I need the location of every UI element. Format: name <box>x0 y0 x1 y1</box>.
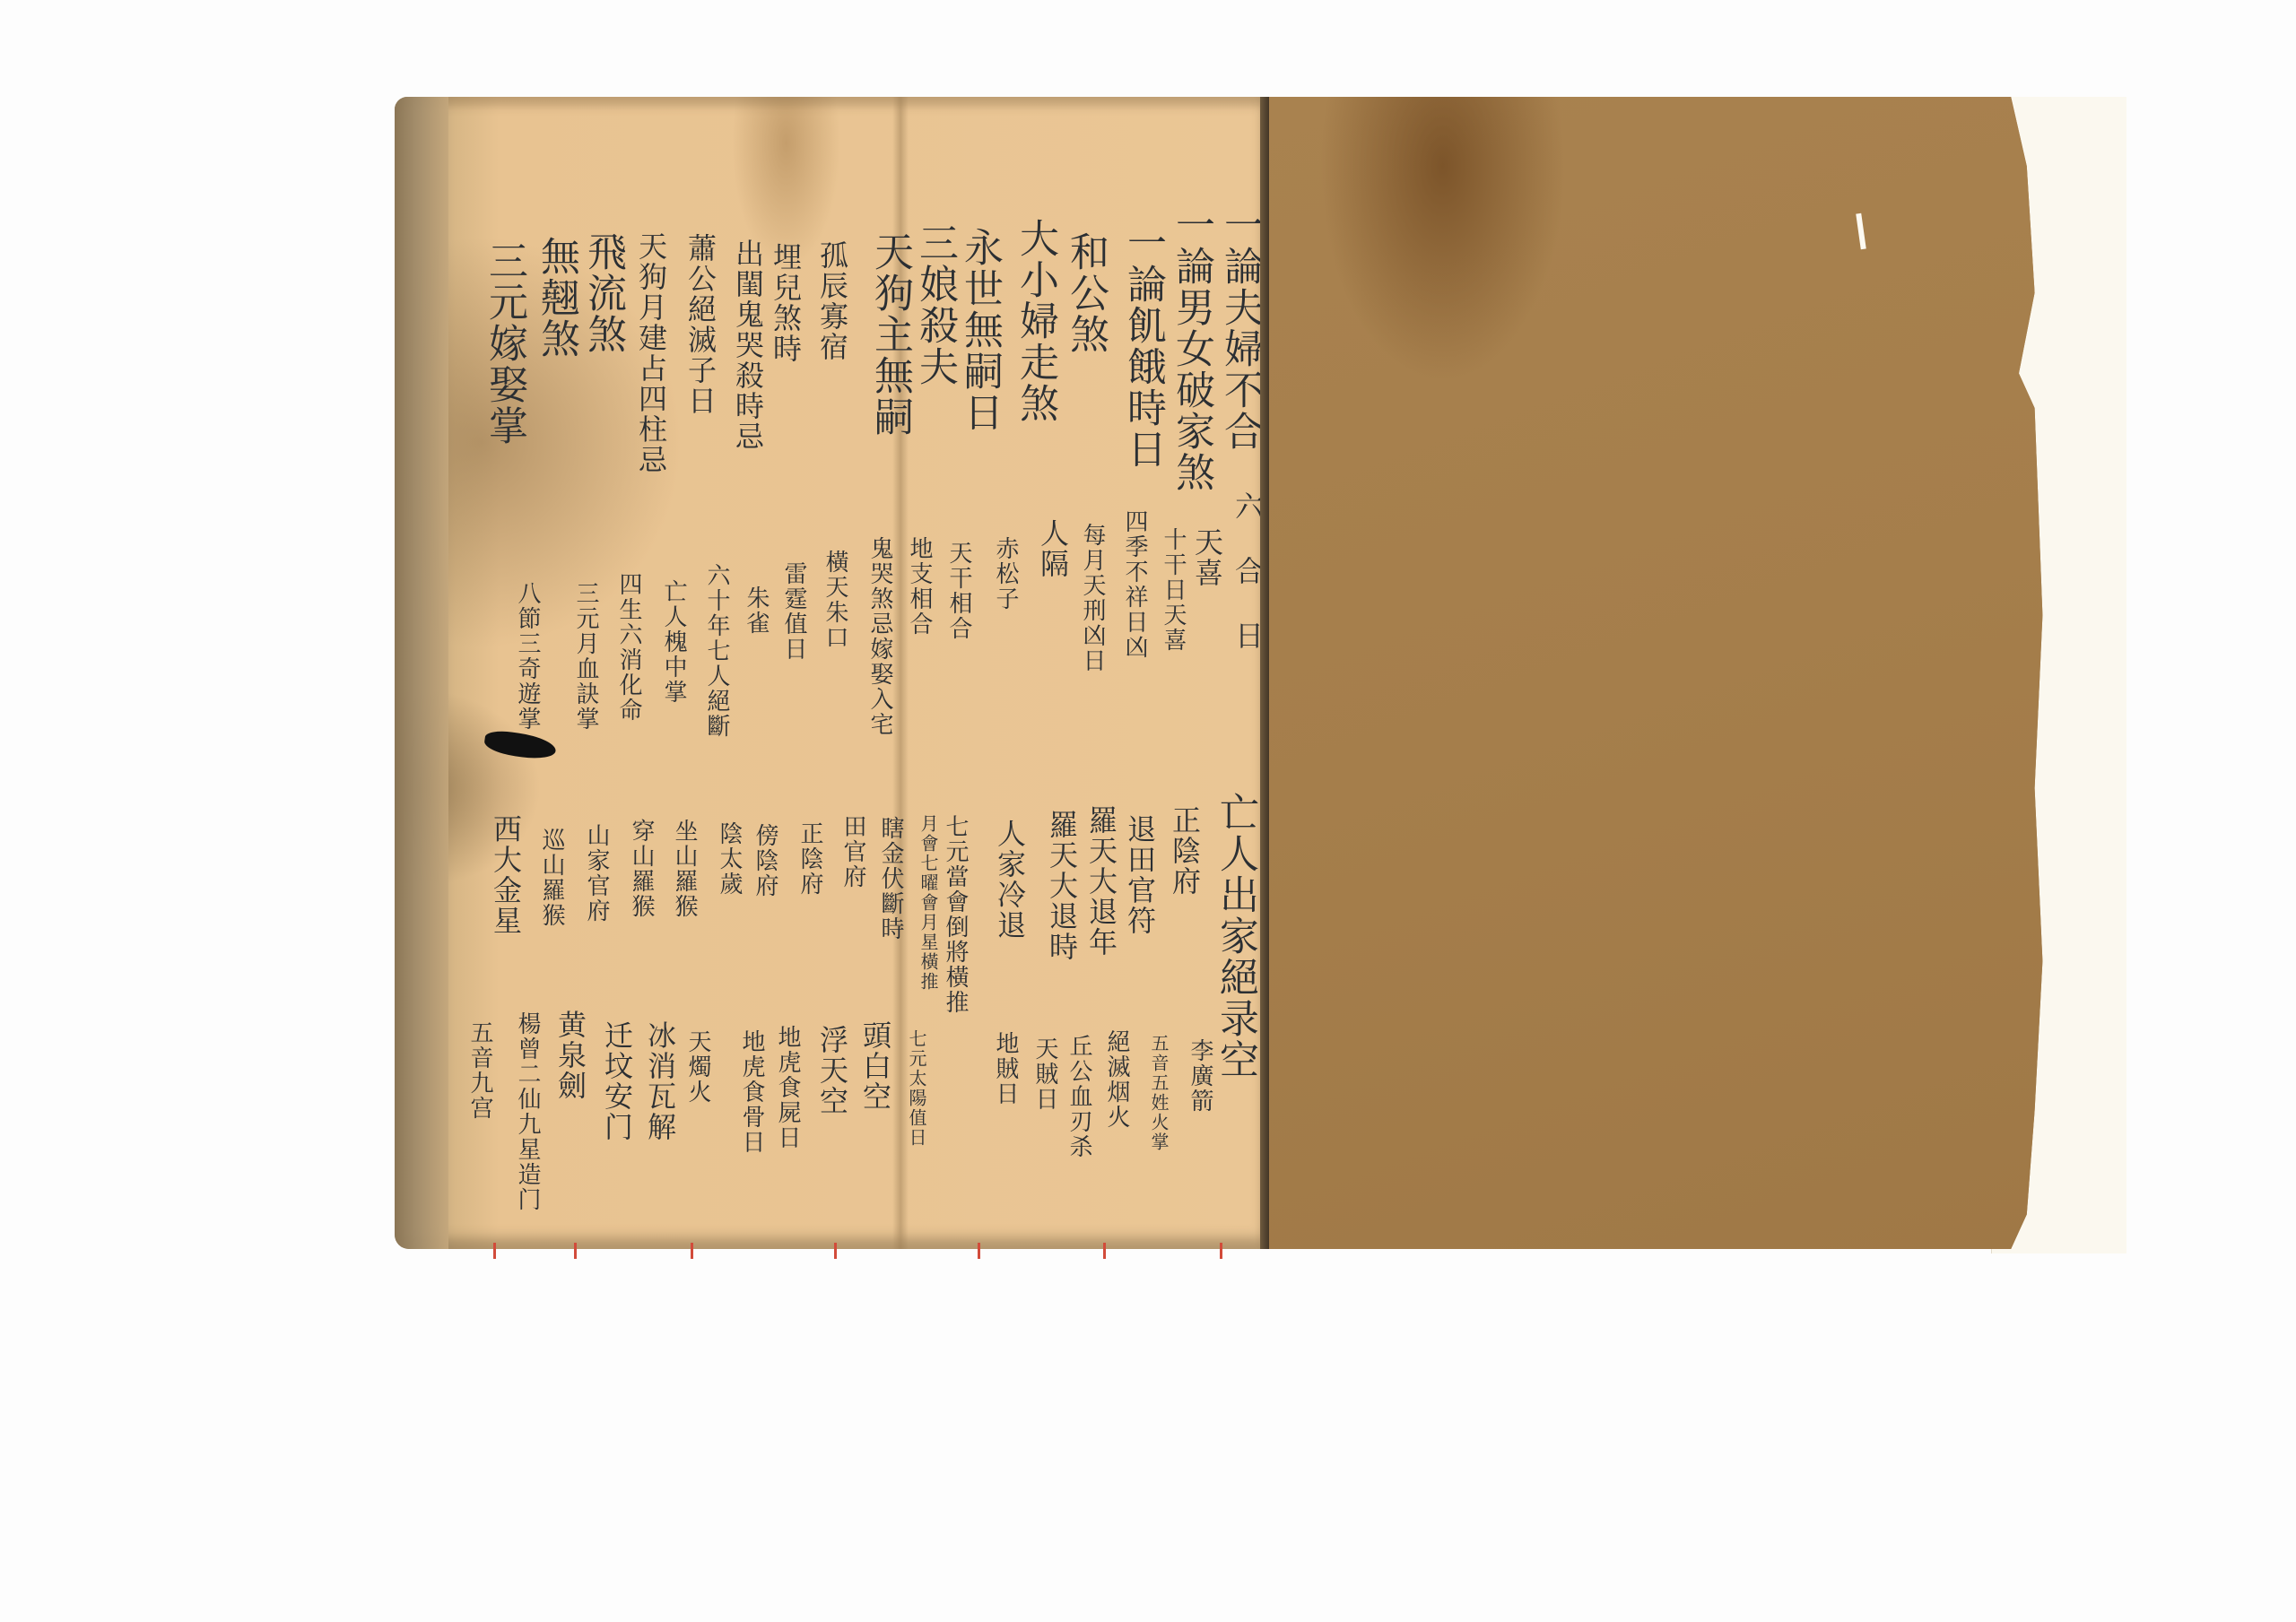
text-column: 黄泉劍 <box>556 1010 585 1101</box>
text-column: 雷霆值日 <box>782 561 805 662</box>
text-column: 巡山羅猴 <box>540 828 563 928</box>
text-column: 三娘殺夫 <box>915 222 954 387</box>
text-column: 四季不祥日凶 <box>1123 509 1146 660</box>
text-column: 亡人槐中掌 <box>662 579 685 705</box>
left-page: 一論夫婦不合 一論男女破家煞 一論飢餓時日 和公煞 大小婦走煞 永世無嗣日 三娘… <box>395 97 1265 1249</box>
text-column: 五音九宫 <box>468 1020 491 1121</box>
text-column: 羅天大退年 <box>1087 805 1116 958</box>
text-column: 穿山羅猴 <box>630 819 653 919</box>
open-book: 一論夫婦不合 一論男女破家煞 一論飢餓時日 和公煞 大小婦走煞 永世無嗣日 三娘… <box>395 97 2126 1253</box>
text-column: 七元太陽值日 <box>908 1029 926 1148</box>
right-page-blank-cover <box>1269 97 2058 1249</box>
text-column: 陰太歲 <box>717 821 741 897</box>
text-column: 坐山羅猴 <box>673 819 696 919</box>
text-column: 永世無嗣日 <box>960 227 999 433</box>
text-column: 一論男女破家煞 <box>1171 204 1211 493</box>
text-column: 天燭火 <box>686 1029 709 1105</box>
text-column: 無翹煞 <box>536 236 576 360</box>
text-column: 傍陰府 <box>753 823 777 898</box>
ink-blot <box>483 729 558 762</box>
text-column: 退田官符 <box>1126 814 1154 936</box>
text-column: 絕滅烟火 <box>1105 1029 1128 1130</box>
text-column: 月會七曜會月星橫推 <box>919 814 937 992</box>
text-column: 天狗主無嗣 <box>870 231 909 438</box>
text-column: 八節三奇遊掌 <box>516 581 539 732</box>
text-column: 鬼哭煞忌嫁娶入宅 <box>868 536 891 737</box>
text-column: 大小婦走煞 <box>1015 218 1055 424</box>
text-column: 埋兒煞時 <box>771 242 800 364</box>
text-column: 五音五姓火掌 <box>1150 1034 1168 1152</box>
text-column: 四生六消化命 <box>617 572 640 723</box>
text-column: 李廣箭 <box>1188 1038 1212 1114</box>
text-column: 羅天大退時 <box>1048 810 1076 962</box>
text-column: 浮天空 <box>818 1025 847 1116</box>
text-column: 朱雀 <box>744 585 768 636</box>
text-column: 瞎金伏斷時 <box>879 816 902 941</box>
text-column: 地賊日 <box>994 1031 1017 1106</box>
text-column: 地虎食屍日 <box>776 1025 799 1150</box>
text-column: 正陰府 <box>798 821 822 897</box>
text-column: 孤辰寡宿 <box>818 240 847 362</box>
text-column: 迁坟安门 <box>603 1020 631 1142</box>
text-column: 丘公血刃杀 <box>1067 1034 1091 1159</box>
text-column: 山家官府 <box>585 823 608 924</box>
text-column: 頭白空 <box>861 1020 890 1112</box>
text-column: 亡人出家絕录空 <box>1215 792 1255 1080</box>
text-column: 天干相合 <box>947 541 970 641</box>
text-column: 十干日天喜 <box>1161 527 1185 653</box>
text-column: 赤松子 <box>994 536 1017 612</box>
text-column: 人隔 <box>1039 518 1067 579</box>
text-column: 天賊日 <box>1033 1037 1057 1112</box>
text-column: 蕭公絕滅子日 <box>686 233 715 416</box>
text-column: 楊曾二仙九星造门 <box>516 1011 539 1212</box>
text-column: 一論夫婦不合 <box>1220 204 1259 452</box>
text-column: 地虎食骨日 <box>740 1029 763 1155</box>
text-column: 六合日 <box>1233 491 1262 685</box>
text-column: 出閨鬼哭殺時忌 <box>734 239 762 452</box>
text-column: 天喜 <box>1193 527 1222 588</box>
text-column: 三元嫁娶掌 <box>484 240 524 447</box>
text-column: 人家冷退 <box>996 819 1024 941</box>
text-column: 一論飢餓時日 <box>1123 222 1162 470</box>
text-column: 西大金星 <box>491 814 520 936</box>
scan-area: 一論夫婦不合 一論男女破家煞 一論飢餓時日 和公煞 大小婦走煞 永世無嗣日 三娘… <box>0 0 2296 1622</box>
text-column: 三元月血訣掌 <box>574 581 597 732</box>
text-column: 飛流煞 <box>583 231 622 355</box>
text-column: 每月天刑凶日 <box>1081 523 1104 673</box>
text-column: 和公煞 <box>1065 231 1105 355</box>
text-column: 橫天朱口 <box>823 550 847 650</box>
text-column: 地支相合 <box>908 536 931 637</box>
text-column: 正陰府 <box>1170 805 1199 897</box>
text-column: 田官府 <box>841 814 865 889</box>
text-column: 七元當會倒將橫推 <box>944 814 967 1015</box>
spine-edge <box>395 97 448 1249</box>
text-column: 天狗月建占四柱忌 <box>637 231 665 475</box>
text-column: 六十年七人絕斷 <box>705 563 728 739</box>
text-column: 冰消瓦解 <box>646 1020 674 1142</box>
